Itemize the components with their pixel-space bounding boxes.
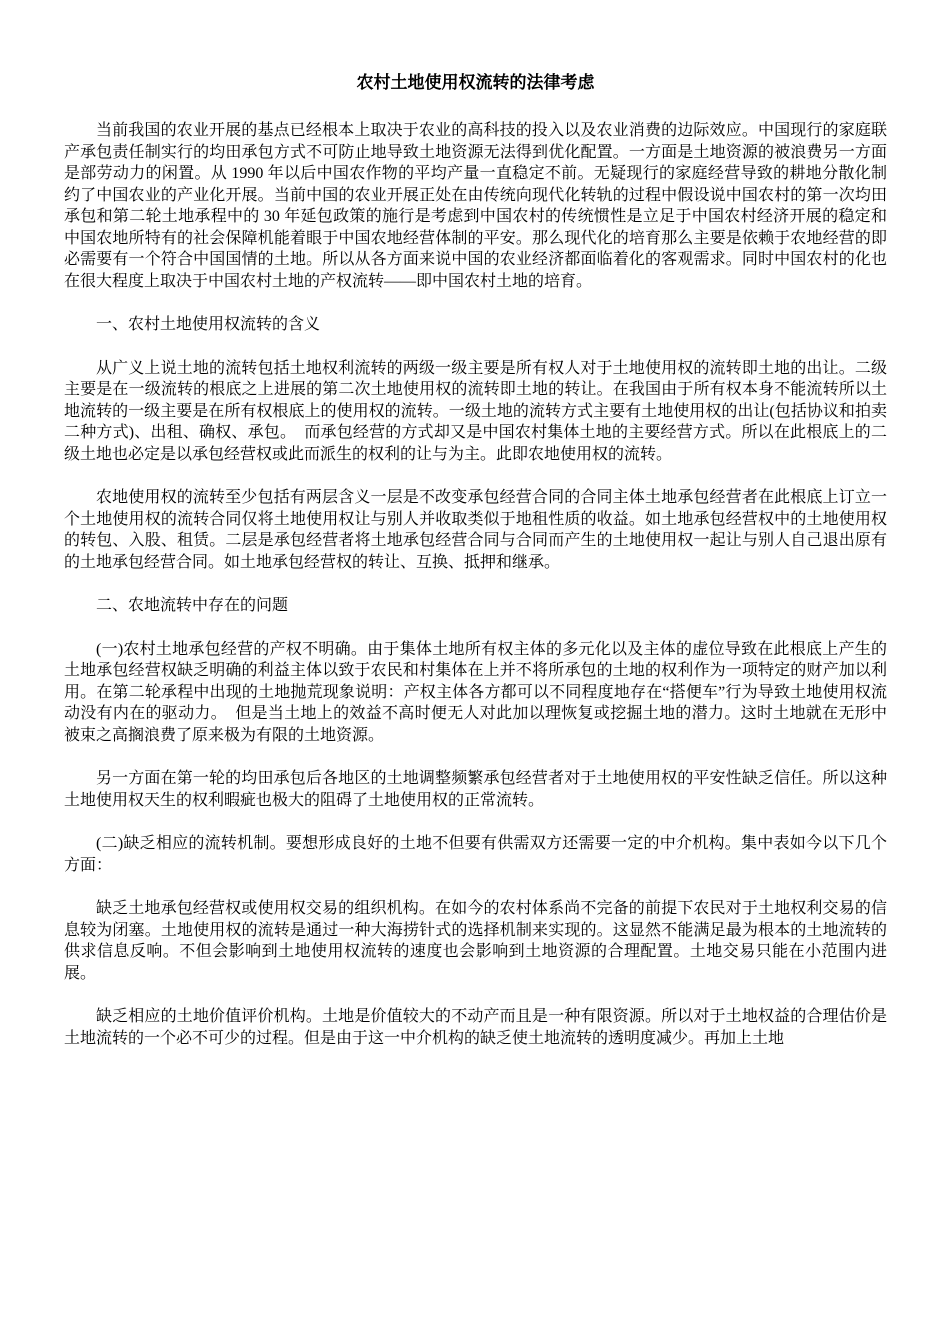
paragraph-lack-valuation-agency: 缺乏相应的土地价值评价机构。土地是价值较大的不动产而且是一种有限资源。所以对于土… — [64, 1006, 887, 1049]
section-heading-2: 二、农地流转中存在的问题 — [64, 595, 887, 617]
section-heading-1: 一、农村土地使用权流转的含义 — [64, 314, 887, 336]
paragraph-transfer-definition: 从广义上说土地的流转包括土地权利流转的两级一级主要是所有权人对于土地使用权的流转… — [64, 358, 887, 466]
document-page: 农村土地使用权流转的法律考虑 当前我国的农业开展的基点已经根本上取决于农业的高科… — [0, 0, 950, 1111]
paragraph-lack-trading-organization: 缺乏土地承包经营权或使用权交易的组织机构。在如今的农村体系尚不完备的前提下农民对… — [64, 898, 887, 984]
paragraph-problem-2-mechanism: (二)缺乏相应的流转机制。要想形成良好的土地不但要有供需双方还需要一定的中介机构… — [64, 833, 887, 876]
paragraph-two-meanings: 农地使用权的流转至少包括有两层含义一层是不改变承包经营合同的合同主体土地承包经营… — [64, 487, 887, 573]
paragraph-problem-1-property-rights: (一)农村土地承包经营的产权不明确。由于集体土地所有权主体的多元化以及主体的虚位… — [64, 639, 887, 747]
document-title: 农村土地使用权流转的法律考虑 — [64, 72, 887, 94]
paragraph-intro: 当前我国的农业开展的基点已经根本上取决于农业的高科技的投入以及农业消费的边际效应… — [64, 120, 887, 292]
paragraph-problem-1-continued: 另一方面在第一轮的均田承包后各地区的土地调整频繁承包经营者对于土地使用权的平安性… — [64, 768, 887, 811]
